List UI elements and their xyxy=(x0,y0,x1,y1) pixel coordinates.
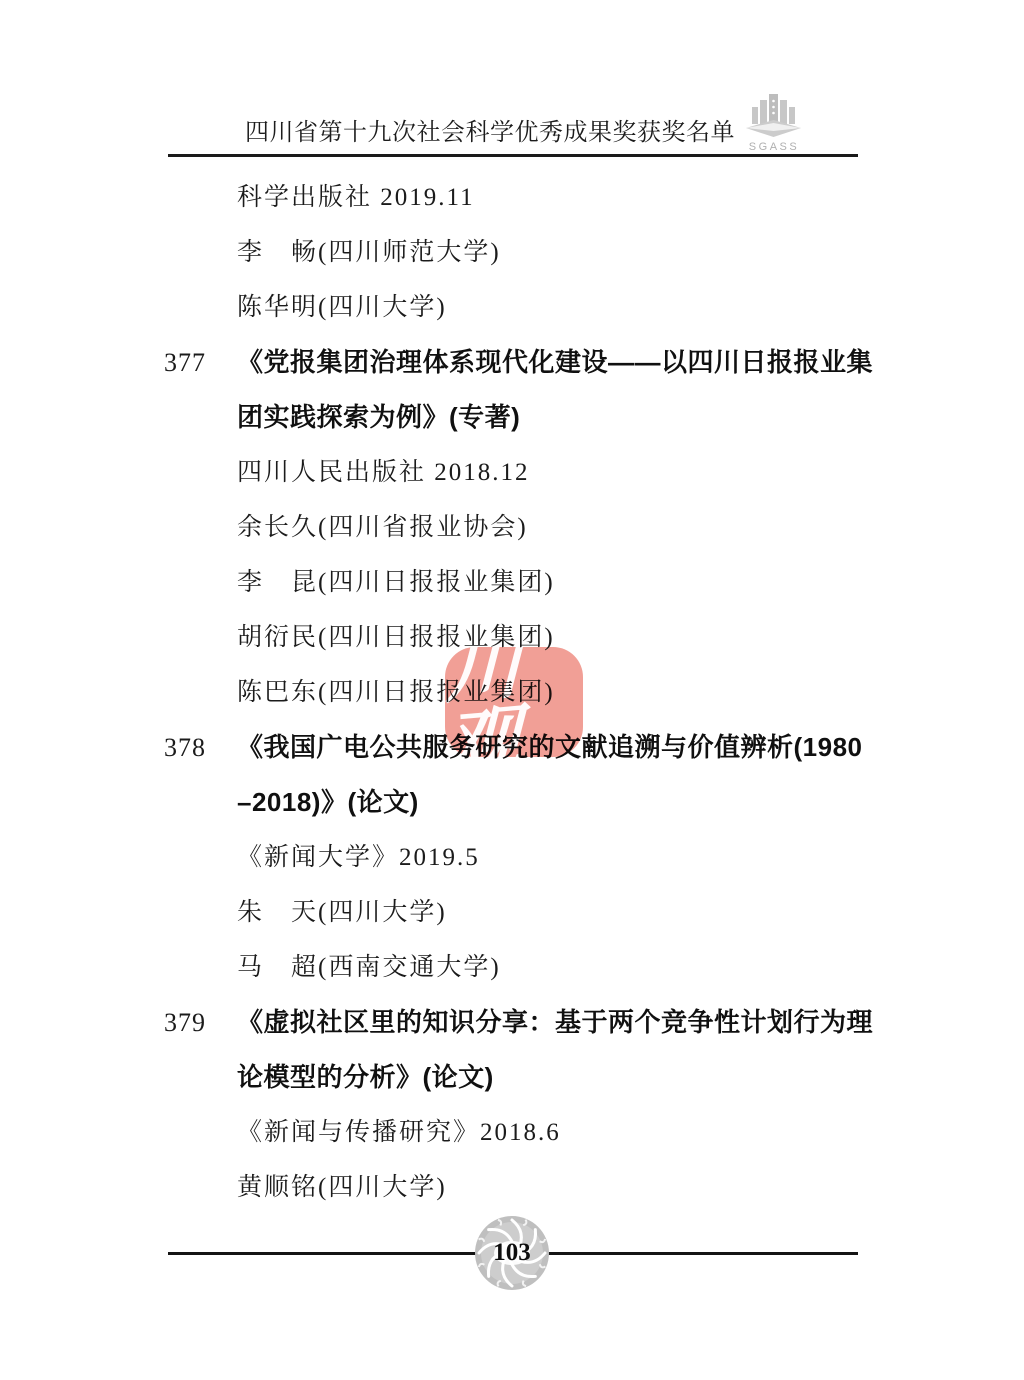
entry-379-title-line1: 379 《虚拟社区里的知识分享：基于两个竞争性计划行为理 xyxy=(168,995,868,1050)
entry-title-text: 《党报集团治理体系现代化建设——以四川日报报业集 xyxy=(237,347,873,377)
entry-379-number: 379 xyxy=(164,995,206,1050)
carryover-publisher-line: 科学出版社 2019.11 xyxy=(168,170,868,225)
entry-title-text: 论模型的分析》(论文) xyxy=(237,1062,494,1092)
entry-378-journal-line: 《新闻大学》2019.5 xyxy=(168,830,868,885)
entry-377-author-line: 余长久(四川省报业协会) xyxy=(168,500,868,555)
carryover-author-line: 李 畅(四川师范大学) xyxy=(168,225,868,280)
entry-title-text: –2018)》(论文) xyxy=(237,787,419,817)
page-number: 103 xyxy=(473,1214,551,1292)
entry-377-publisher-line: 四川人民出版社 2018.12 xyxy=(168,445,868,500)
building-book-icon xyxy=(738,90,810,140)
watermark-text: 川观 xyxy=(444,620,584,785)
chuanguan-watermark-stamp: 川观 xyxy=(445,647,583,757)
entry-379-journal-line: 《新闻与传播研究》2018.6 xyxy=(168,1105,868,1160)
logo-caption: SGASS xyxy=(738,141,810,153)
publisher-logo: SGASS xyxy=(738,90,810,153)
page-header-title: 四川省第十九次社会科学优秀成果奖获奖名单 xyxy=(245,112,735,147)
entry-378-author-line: 朱 天(四川大学) xyxy=(168,885,868,940)
carryover-author-line: 陈华明(四川大学) xyxy=(168,280,868,335)
entry-378-number: 378 xyxy=(164,720,206,775)
entry-378-title-line2: –2018)》(论文) xyxy=(168,775,868,830)
entry-377-title-line1: 377 《党报集团治理体系现代化建设——以四川日报报业集 xyxy=(168,335,868,390)
entry-378-author-line: 马 超(西南交通大学) xyxy=(168,940,868,995)
entry-377-title-line2: 团实践探索为例》(专著) xyxy=(168,390,868,445)
entry-title-text: 团实践探索为例》(专著) xyxy=(237,402,520,432)
entry-379-title-line2: 论模型的分析》(论文) xyxy=(168,1050,868,1105)
entry-title-text: 《虚拟社区里的知识分享：基于两个竞争性计划行为理 xyxy=(237,1007,873,1037)
entry-377-author-line: 李 昆(四川日报报业集团) xyxy=(168,555,868,610)
document-page: 四川省第十九次社会科学优秀成果奖获奖名单 SGASS xyxy=(0,0,1024,1380)
entry-379-author-line: 黄顺铭(四川大学) xyxy=(168,1160,868,1215)
entry-377-number: 377 xyxy=(164,335,206,390)
header-rule xyxy=(168,154,858,157)
